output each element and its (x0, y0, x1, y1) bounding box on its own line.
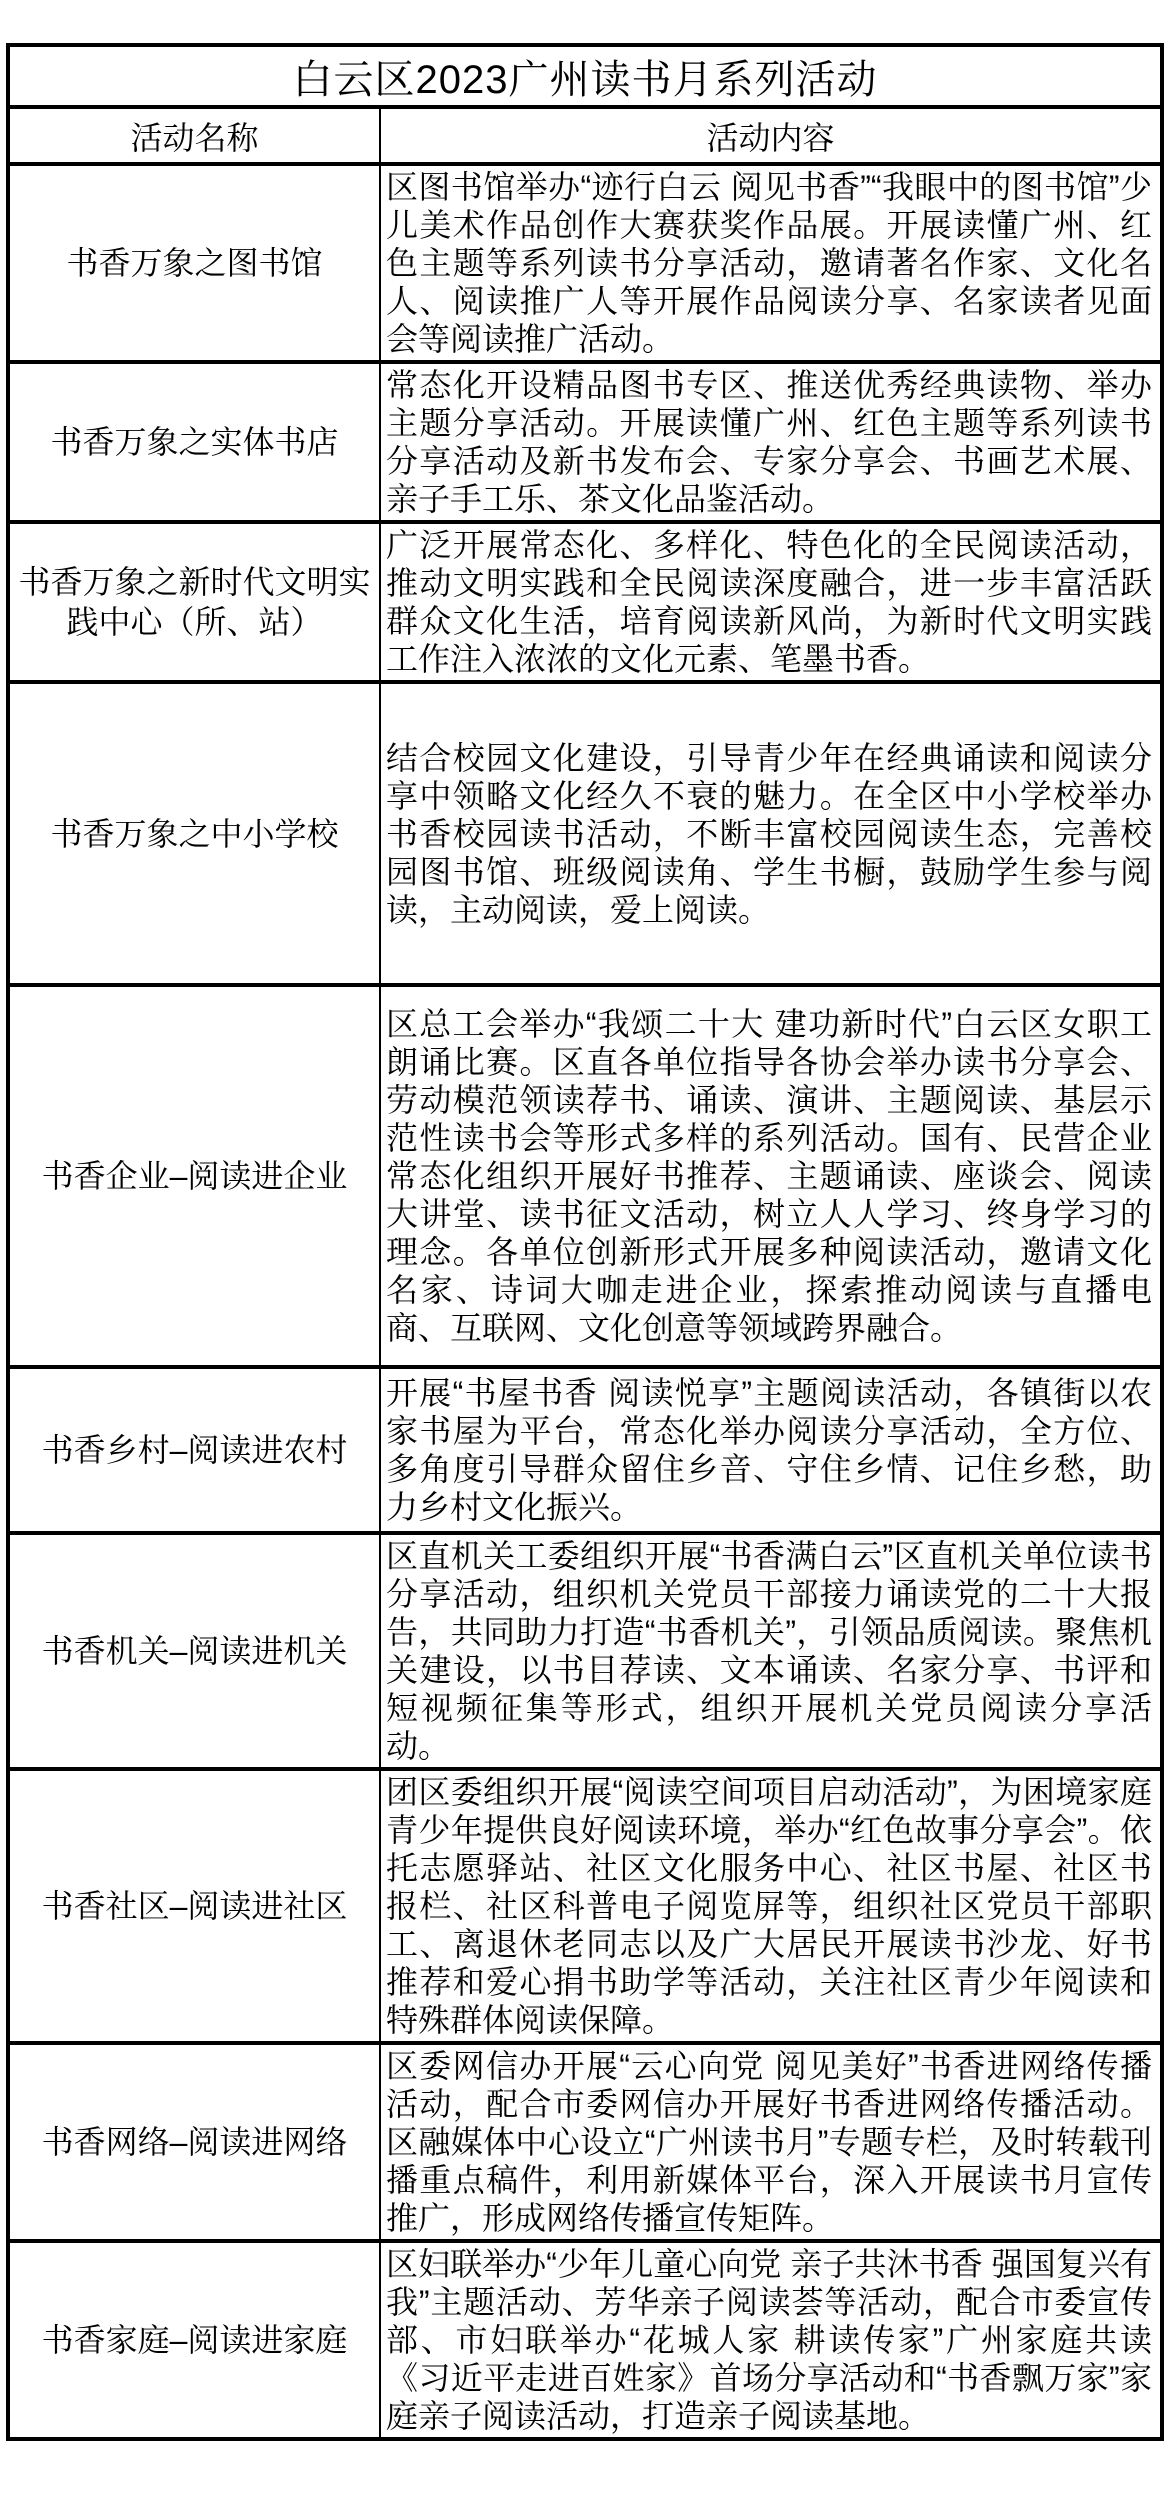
table-body: 书香万象之图书馆 区图书馆举办“迹行白云 阅见书香”“我眼中的图书馆”少儿美术作… (8, 164, 1162, 2439)
activity-name-cell: 书香企业–阅读进企业 (8, 985, 380, 1367)
table-row: 书香乡村–阅读进农村 开展“书屋书香 阅读悦享”主题阅读活动，各镇街以农家书屋为… (8, 1367, 1162, 1533)
activity-content-cell: 区委网信办开展“云心向党 阅见美好”书香进网络传播活动，配合市委网信办开展好书香… (380, 2043, 1162, 2241)
activity-content-cell: 区总工会举办“我颂二十大 建功新时代”白云区女职工朗诵比赛。区直各单位指导各协会… (380, 985, 1162, 1367)
table-row: 书香企业–阅读进企业 区总工会举办“我颂二十大 建功新时代”白云区女职工朗诵比赛… (8, 985, 1162, 1367)
column-header-activity-name: 活动名称 (8, 107, 380, 164)
activities-table: 白云区2023广州读书月系列活动 活动名称 活动内容 书香万象之图书馆 区图书馆… (6, 43, 1164, 2441)
activity-name-cell: 书香万象之图书馆 (8, 164, 380, 362)
page-title: 白云区2023广州读书月系列活动 (8, 45, 1162, 107)
table-row: 书香网络–阅读进网络 区委网信办开展“云心向党 阅见美好”书香进网络传播活动，配… (8, 2043, 1162, 2241)
activity-content-cell: 常态化开设精品图书专区、推送优秀经典读物、举办主题分享活动。开展读懂广州、红色主… (380, 362, 1162, 522)
activity-content-cell: 团区委组织开展“阅读空间项目启动活动”，为困境家庭青少年提供良好阅读环境，举办“… (380, 1769, 1162, 2043)
activity-content-cell: 开展“书屋书香 阅读悦享”主题阅读活动，各镇街以农家书屋为平台，常态化举办阅读分… (380, 1367, 1162, 1533)
table-row: 书香万象之中小学校 结合校园文化建设，引导青少年在经典诵读和阅读分享中领略文化经… (8, 682, 1162, 985)
activity-name-cell: 书香社区–阅读进社区 (8, 1769, 380, 2043)
table-row: 书香万象之图书馆 区图书馆举办“迹行白云 阅见书香”“我眼中的图书馆”少儿美术作… (8, 164, 1162, 362)
activity-name-cell: 书香机关–阅读进机关 (8, 1533, 380, 1769)
table-row: 书香家庭–阅读进家庭 区妇联举办“少年儿童心向党 亲子共沐书香 强国复兴有我”主… (8, 2241, 1162, 2439)
table-row: 书香万象之实体书店 常态化开设精品图书专区、推送优秀经典读物、举办主题分享活动。… (8, 362, 1162, 522)
header-row: 活动名称 活动内容 (8, 107, 1162, 164)
activity-name-cell: 书香万象之实体书店 (8, 362, 380, 522)
activity-name-cell: 书香家庭–阅读进家庭 (8, 2241, 380, 2439)
column-header-activity-content: 活动内容 (380, 107, 1162, 164)
table-row: 书香机关–阅读进机关 区直机关工委组织开展“书香满白云”区直机关单位读书分享活动… (8, 1533, 1162, 1769)
activity-name-cell: 书香网络–阅读进网络 (8, 2043, 380, 2241)
activity-content-cell: 区妇联举办“少年儿童心向党 亲子共沐书香 强国复兴有我”主题活动、芳华亲子阅读荟… (380, 2241, 1162, 2439)
activity-name-cell: 书香乡村–阅读进农村 (8, 1367, 380, 1533)
activity-name-cell: 书香万象之新时代文明实践中心（所、站） (8, 522, 380, 682)
activity-name-cell: 书香万象之中小学校 (8, 682, 380, 985)
activity-content-cell: 广泛开展常态化、多样化、特色化的全民阅读活动，推动文明实践和全民阅读深度融合，进… (380, 522, 1162, 682)
activity-content-cell: 结合校园文化建设，引导青少年在经典诵读和阅读分享中领略文化经久不衰的魅力。在全区… (380, 682, 1162, 985)
table-row: 书香万象之新时代文明实践中心（所、站） 广泛开展常态化、多样化、特色化的全民阅读… (8, 522, 1162, 682)
activity-content-cell: 区直机关工委组织开展“书香满白云”区直机关单位读书分享活动，组织机关党员干部接力… (380, 1533, 1162, 1769)
table-row: 书香社区–阅读进社区 团区委组织开展“阅读空间项目启动活动”，为困境家庭青少年提… (8, 1769, 1162, 2043)
activity-content-cell: 区图书馆举办“迹行白云 阅见书香”“我眼中的图书馆”少儿美术作品创作大赛获奖作品… (380, 164, 1162, 362)
page: { "table": { "title": "白云区2023广州读书月系列活动"… (0, 43, 1170, 2506)
title-row: 白云区2023广州读书月系列活动 (8, 45, 1162, 107)
